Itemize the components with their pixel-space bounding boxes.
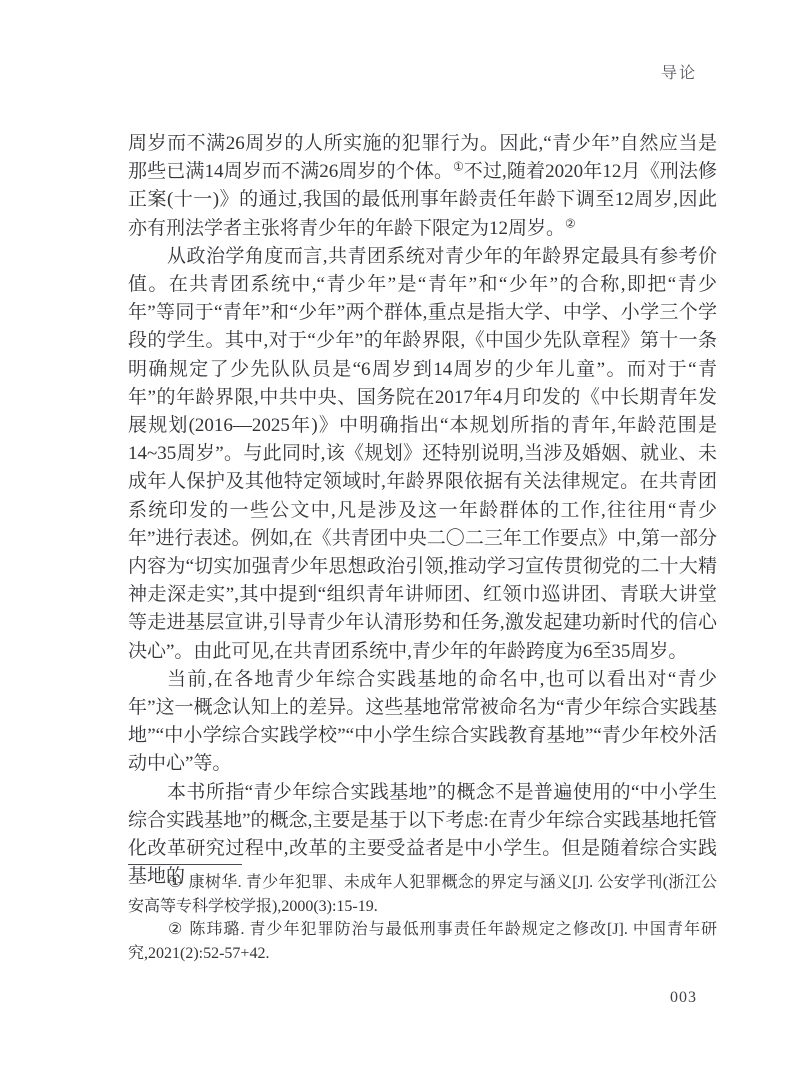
footnotes: ①康树华. 青少年犯罪、未成年人犯罪概念的界定与涵义[J]. 公安学刊(浙江公安… xyxy=(128,871,717,965)
footnote-text-1: 康树华. 青少年犯罪、未成年人犯罪概念的界定与涵义[J]. 公安学刊(浙江公安高… xyxy=(128,874,717,915)
footnote-item: ①康树华. 青少年犯罪、未成年人犯罪概念的界定与涵义[J]. 公安学刊(浙江公安… xyxy=(128,871,717,918)
paragraph-continuation: 周岁而不满26周岁的人所实施的犯罪行为。因此,“青少年”自然应当是那些已满14周… xyxy=(128,130,717,243)
running-header: 导论 xyxy=(661,60,697,83)
footnote-ref-1: ① xyxy=(453,161,464,174)
page-number: 003 xyxy=(670,989,697,1007)
footnote-marker-2: ② xyxy=(168,921,183,938)
footnote-separator xyxy=(128,864,242,865)
footnote-item: ②陈玮璐. 青少年犯罪防治与最低刑事责任年龄规定之修改[J]. 中国青年研究,2… xyxy=(128,918,717,965)
book-page: 导论 周岁而不满26周岁的人所实施的犯罪行为。因此,“青少年”自然应当是那些已满… xyxy=(0,0,799,1073)
footnote-marker-1: ① xyxy=(168,874,183,891)
body-text: 周岁而不满26周岁的人所实施的犯罪行为。因此,“青少年”自然应当是那些已满14周… xyxy=(128,130,717,891)
footnote-ref-2: ② xyxy=(565,217,576,230)
paragraph: 当前,在各地青少年综合实践基地的命名中,也可以看出对“青少年”这一概念认知上的差… xyxy=(128,666,717,779)
footnote-text-2: 陈玮璐. 青少年犯罪防治与最低刑事责任年龄规定之修改[J]. 中国青年研究,20… xyxy=(128,921,717,962)
paragraph: 从政治学角度而言,共青团系统对青少年的年龄界定最具有参考价值。在共青团系统中,“… xyxy=(128,243,717,666)
